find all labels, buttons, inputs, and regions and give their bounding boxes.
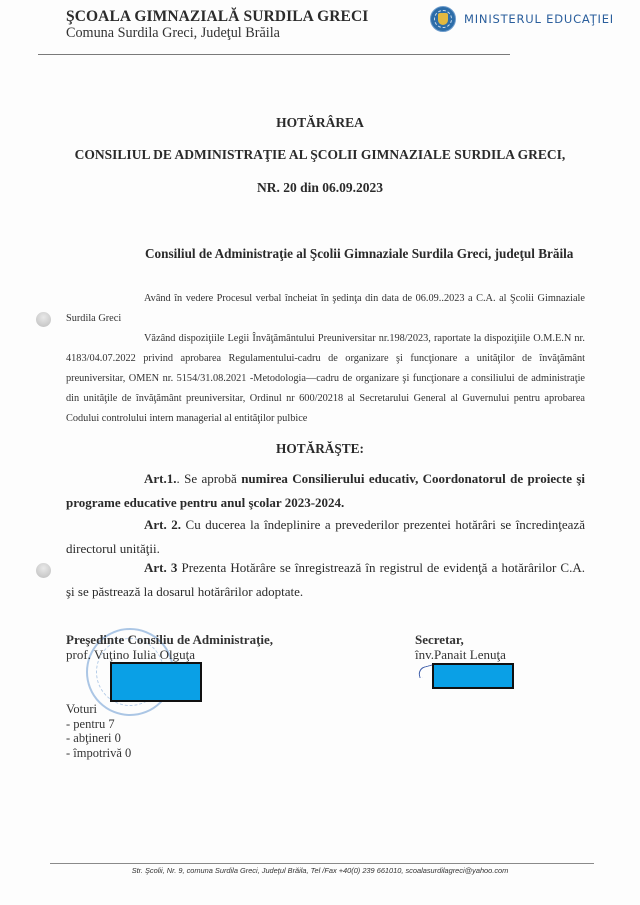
- school-address: Comuna Surdila Greci, Judeţul Brăila: [66, 25, 280, 42]
- president-title: Preşedinte Consiliu de Administraţie,: [66, 632, 273, 648]
- votes-label: Voturi: [66, 702, 131, 717]
- redacted-signature-secretary: [432, 663, 514, 689]
- coat-of-arms-icon: [430, 6, 456, 32]
- school-name: ŞCOALA GIMNAZIALĂ SURDILA GRECI: [66, 8, 368, 26]
- article-1-label: Art.1.: [144, 471, 177, 486]
- binder-hole-icon: [36, 312, 51, 327]
- article-1: Art.1.. Se aprobă numirea Consilierului …: [66, 467, 585, 515]
- votes-for: - pentru 7: [66, 717, 131, 732]
- ministry-name: MINISTERUL EDUCAŢIEI: [464, 12, 614, 26]
- redacted-signature-president: [110, 662, 202, 702]
- article-3: Art. 3 Prezenta Hotărâre se înregistreaz…: [66, 556, 585, 604]
- ministry-logo: MINISTERUL EDUCAŢIEI: [430, 6, 614, 32]
- issuer-line: Consiliul de Administraţie al Şcolii Gim…: [145, 246, 573, 262]
- article-1-text: . Se aprobă: [177, 471, 242, 486]
- article-2: Art. 2. Cu ducerea la îndeplinire a prev…: [66, 513, 585, 561]
- decision-title: HOTĂRÂREA: [0, 115, 640, 131]
- votes-against: - împotrivă 0: [66, 746, 131, 761]
- decides-heading: HOTĂRĂŞTE:: [0, 441, 640, 457]
- decision-number: NR. 20 din 06.09.2023: [0, 180, 640, 196]
- secretary-name: înv.Panait Lenuţa: [415, 647, 506, 663]
- votes-block: Voturi - pentru 7 - abţineri 0 - împotri…: [66, 702, 131, 760]
- votes-abstain: - abţineri 0: [66, 731, 131, 746]
- binder-hole-icon: [36, 563, 51, 578]
- president-name: prof. Vuţino Iulia Olguţa: [66, 647, 195, 663]
- article-3-label: Art. 3: [144, 560, 177, 575]
- footer-contact: Str. Şcolii, Nr. 9, comuna Surdila Greci…: [0, 866, 640, 875]
- preamble-paragraph-1: Având în vedere Procesul verbal încheiat…: [66, 289, 585, 329]
- preamble-paragraph-2: Văzând dispoziţiile Legii Învăţământului…: [66, 329, 585, 429]
- article-2-label: Art. 2.: [144, 517, 181, 532]
- header-divider: [38, 54, 510, 55]
- footer-divider: [50, 863, 594, 864]
- council-title: CONSILIUL DE ADMINISTRAŢIE AL ŞCOLII GIM…: [0, 147, 640, 163]
- secretary-title: Secretar,: [415, 632, 464, 648]
